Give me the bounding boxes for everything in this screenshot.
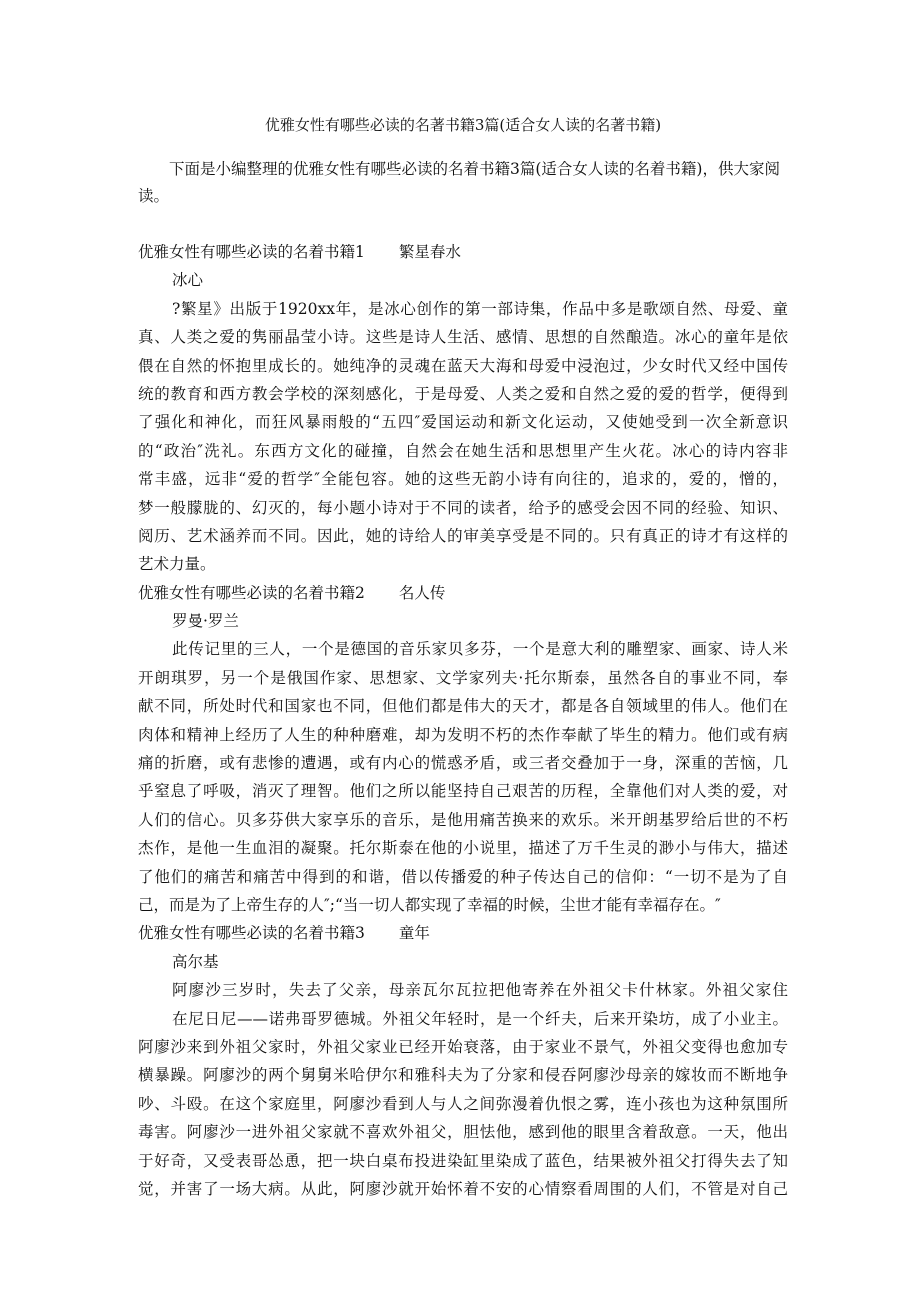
document-body: 优雅女性有哪些必读的名着书籍1繁星春水 冰心 ?繁星》出版于1920xx年，是冰… bbox=[138, 238, 788, 1203]
paragraph-line: 横暴躁。阿廖沙的两个舅舅米哈伊尔和雅科夫为了分家和侵吞阿廖沙母亲的嫁妆而不断地争 bbox=[138, 1061, 788, 1089]
paragraph-line: 毒害。阿廖沙一进外祖父家就不喜欢外祖父，胆怯他，感到他的眼里含着敌意。一天，他出 bbox=[138, 1118, 788, 1146]
paragraph-line: 梦一般朦胧的、幻灭的，每小题小诗对于不同的读者，给予的感受会因不同的经验、知识、 bbox=[138, 494, 788, 522]
paragraph-line: 阅历、艺术涵养而不同。因此，她的诗给人的审美享受是不同的。只有真正的诗才有这样的 bbox=[138, 522, 788, 550]
book-title: 名人传 bbox=[399, 579, 446, 607]
intro-paragraph: 下面是小编整理的优雅女性有哪些必读的名着书籍3篇(适合女人读的名着书籍)，供大家… bbox=[138, 156, 788, 210]
paragraph-line: 真、人类之爱的隽丽晶莹小诗。这些是诗人生活、感情、思想的自然酿造。冰心的童年是依 bbox=[138, 323, 788, 351]
author-name: 冰心 bbox=[138, 266, 788, 294]
paragraph-line: 了他们的痛苦和痛苦中得到的和谐，借以传播爱的种子传达自己的信仰：“一切不是为了自 bbox=[138, 863, 788, 891]
paragraph-line: ?繁星》出版于1920xx年，是冰心创作的第一部诗集，作品中多是歌颂自然、母爱、… bbox=[138, 295, 788, 323]
author-name: 高尔基 bbox=[138, 948, 788, 976]
paragraph-line: 杰作，是他一生血泪的凝聚。托尔斯泰在他的小说里，描述了万千生灵的渺小与伟大，描述 bbox=[138, 834, 788, 862]
paragraph-line: 人们的信心。贝多芬供大家享乐的音乐，是他用痛苦换来的欢乐。米开朗基罗给后世的不朽 bbox=[138, 806, 788, 834]
author-name: 罗曼·罗兰 bbox=[138, 607, 788, 635]
paragraph-line: 吵、斗殴。在这个家庭里，阿廖沙看到人与人之间弥漫着仇恨之雾，连小孩也为这种氛围所 bbox=[138, 1090, 788, 1118]
paragraph-line: 了强化和神化，而狂风暴雨般的“五四″爱国运动和新文化运动，又使她受到一次全新意识 bbox=[138, 408, 788, 436]
paragraph-line: 此传记里的三人，一个是德国的音乐家贝多芬，一个是意大利的雕塑家、画家、诗人米 bbox=[138, 635, 788, 663]
section-heading-2: 优雅女性有哪些必读的名着书籍2名人传 bbox=[138, 579, 788, 607]
section-heading-3: 优雅女性有哪些必读的名着书籍3童年 bbox=[138, 919, 788, 947]
paragraph-line: 献不同，所处时代和国家也不同，但他们都是伟大的天才，都是各自领域里的伟人。他们在 bbox=[138, 692, 788, 720]
paragraph-line: 于好奇，又受表哥怂恿，把一块白桌布投进染缸里染成了蓝色，结果被外祖父打得失去了知 bbox=[138, 1147, 788, 1175]
document-title: 优雅女性有哪些必读的名著书籍3篇(适合女人读的名著书籍) bbox=[138, 114, 788, 136]
paragraph-line: 在尼日尼——诺弗哥罗德城。外祖父年轻时，是一个纤夫，后来开染坊，成了小业主。 bbox=[138, 1005, 788, 1033]
paragraph-line: 阿廖沙来到外祖父家时，外祖父家业已经开始衰落，由于家业不景气，外祖父变得也愈加专 bbox=[138, 1033, 788, 1061]
paragraph-line: 常丰盛，远非“爱的哲学″全能包容。她的这些无韵小诗有向往的，追求的，爱的，憎的， bbox=[138, 465, 788, 493]
paragraph-line: 乎窒息了呼吸，消灭了理智。他们之所以能坚持自己艰苦的历程，全靠他们对人类的爱，对 bbox=[138, 777, 788, 805]
paragraph-line: 偎在自然的怀抱里成长的。她纯净的灵魂在蓝天大海和母爱中浸泡过，少女时代又经中国传 bbox=[138, 352, 788, 380]
section-heading-1: 优雅女性有哪些必读的名着书籍1繁星春水 bbox=[138, 238, 788, 266]
section-heading-text: 优雅女性有哪些必读的名着书籍3 bbox=[138, 924, 365, 942]
paragraph-line: 觉，并害了一场大病。从此，阿廖沙就开始怀着不安的心情察看周围的人们，不管是对自己 bbox=[138, 1175, 788, 1203]
section-heading-text: 优雅女性有哪些必读的名着书籍2 bbox=[138, 584, 365, 602]
paragraph-line: 的“政治″洗礼。东西方文化的碰撞，自然会在她生活和思想里产生火花。冰心的诗内容非 bbox=[138, 437, 788, 465]
book-title: 童年 bbox=[399, 919, 430, 947]
paragraph-line: 阿廖沙三岁时，失去了父亲，母亲瓦尔瓦拉把他寄养在外祖父卡什林家。外祖父家住 bbox=[138, 976, 788, 1004]
book-title: 繁星春水 bbox=[399, 238, 461, 266]
paragraph-line: 艺术力量。 bbox=[138, 550, 788, 578]
paragraph-line: 统的教育和西方教会学校的深刻感化，于是母爱、人类之爱和自然之爱的爱的哲学，便得到 bbox=[138, 380, 788, 408]
paragraph-line: 己，而是为了上帝生存的人″;“当一切人都实现了幸福的时候，尘世才能有幸福存在。″ bbox=[138, 891, 788, 919]
paragraph-line: 肉体和精神上经历了人生的种种磨难，却为发明不朽的杰作奉献了毕生的精力。他们或有病 bbox=[138, 721, 788, 749]
section-heading-text: 优雅女性有哪些必读的名着书籍1 bbox=[138, 243, 365, 261]
paragraph-line: 开朗琪罗，另一个是俄国作家、思想家、文学家列夫·托尔斯泰，虽然各自的事业不同，奉 bbox=[138, 664, 788, 692]
paragraph-line: 痛的折磨，或有悲惨的遭遇，或有内心的慌惑矛盾，或三者交叠加于一身，深重的苦恼，几 bbox=[138, 749, 788, 777]
